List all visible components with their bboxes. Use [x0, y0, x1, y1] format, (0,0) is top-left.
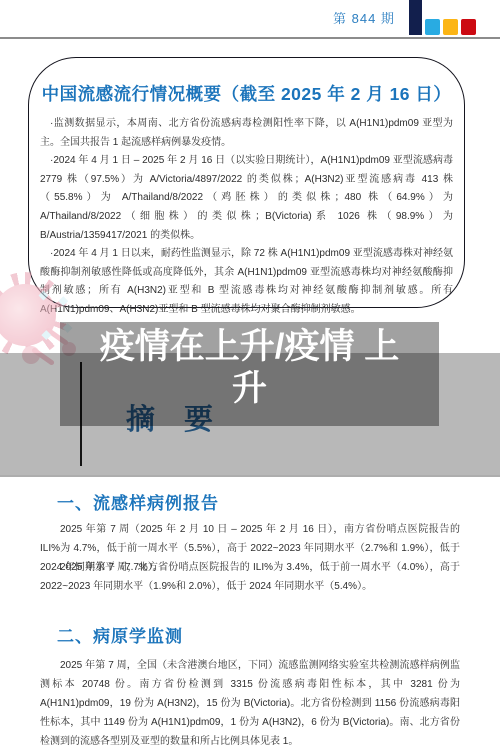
logo-block-red-icon — [461, 19, 476, 35]
watermark-line-2: 升 — [60, 368, 439, 410]
summary-box: 中国流感流行情况概要（截至 2025 年 2 月 16 日） ·监测数据显示，本… — [28, 57, 465, 308]
report-page: 第 844 期 中国流感流行情况概要（截至 2025 年 2 月 16 日） ·… — [0, 0, 500, 750]
section-paragraph: 2025 年第 7 周，北方省份哨点医院报告的 ILI%为 3.4%，低于前一周… — [40, 558, 460, 596]
section-heading-etiology-surveillance: 二、病原学监测 — [57, 622, 183, 647]
watermark-text: 疫情在上升/疫情 上 升 — [60, 326, 439, 410]
header-divider — [0, 37, 500, 39]
summary-bullet: ·2024 年 4 月 1 日以来，耐药性监测显示，除 72 株 A(H1N1)… — [40, 245, 453, 319]
summary-box-body: ·监测数据显示，本周南、北方省份流感病毒检测阳性率下降，以 A(H1N1)pdm… — [40, 115, 453, 320]
summary-box-title: 中国流感流行情况概要（截至 2025 年 2 月 16 日） — [29, 81, 464, 106]
logo-block-blue-icon — [425, 19, 440, 35]
summary-bullet: ·2024 年 4 月 1 日 – 2025 年 2 月 16 日（以实验日期统… — [40, 152, 453, 245]
section-heading-ili-report: 一、流感样病例报告 — [57, 489, 219, 514]
logo-block-navy-icon — [409, 0, 422, 35]
section-paragraph: 2025 年第 7 周，全国（未含港澳台地区，下同）流感监测网络实验室共检测流感… — [40, 656, 460, 750]
watermark-line-1: 疫情在上升/疫情 上 — [60, 326, 439, 368]
logo-block-amber-icon — [443, 19, 458, 35]
issue-number-label: 第 844 期 — [333, 8, 403, 27]
summary-bullet: ·监测数据显示，本周南、北方省份流感病毒检测阳性率下降，以 A(H1N1)pdm… — [40, 115, 453, 152]
